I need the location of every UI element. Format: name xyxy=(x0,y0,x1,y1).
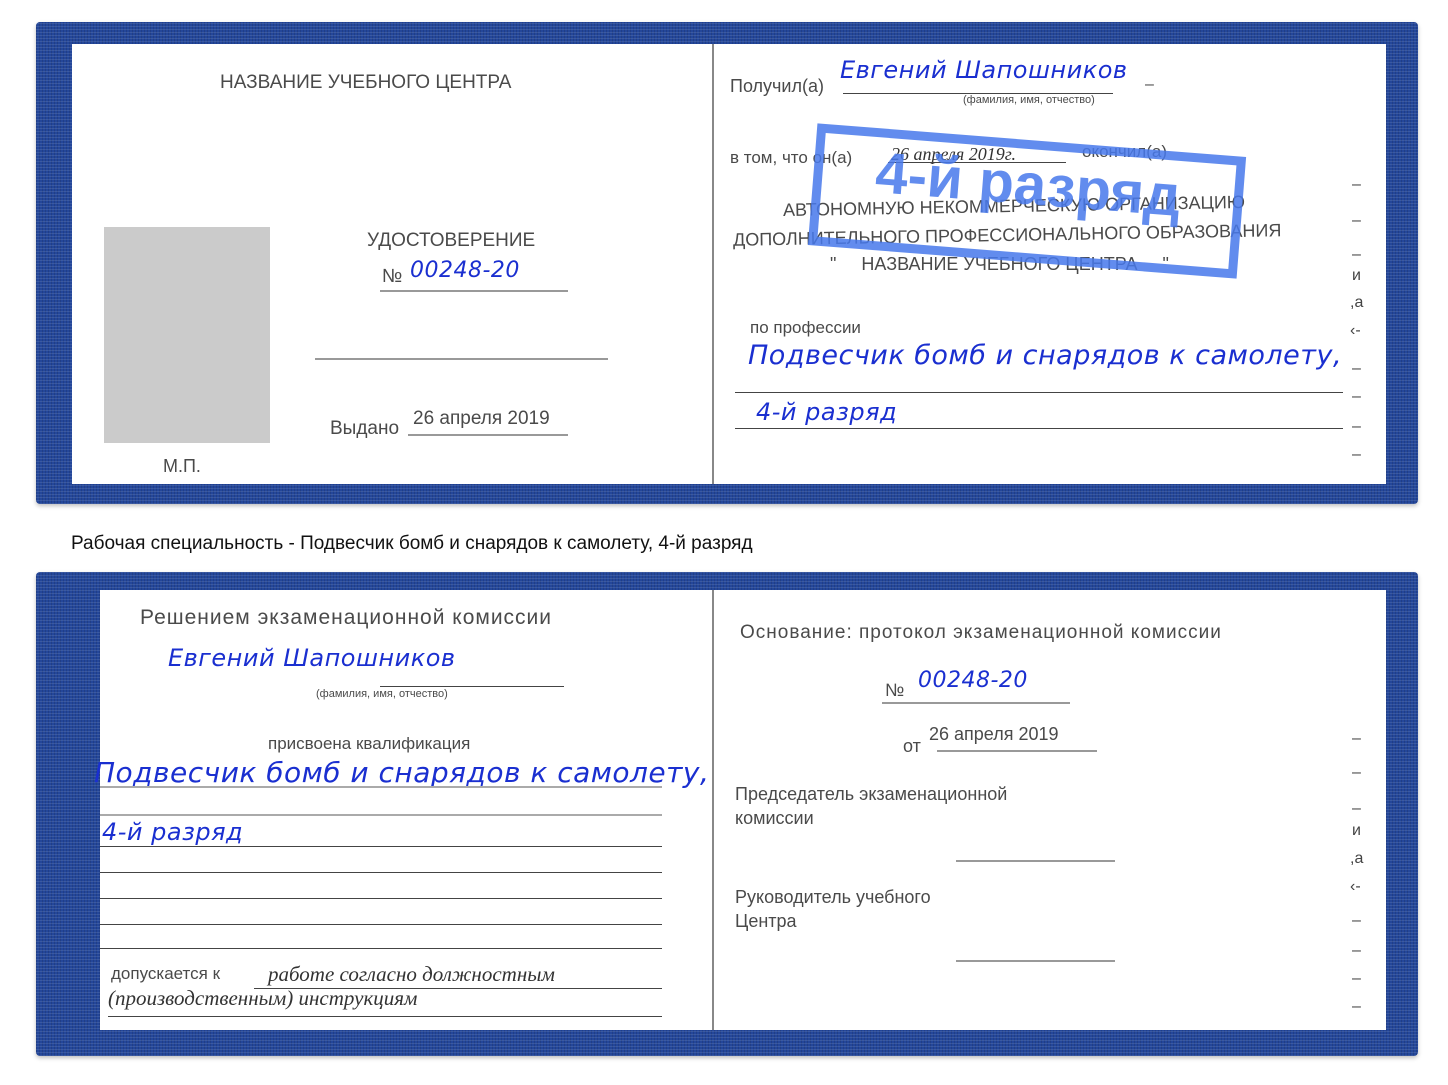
head-label-2: Центра xyxy=(735,911,797,932)
qualification-underline-1 xyxy=(100,786,662,788)
qualification-label: присвоена квалификация xyxy=(268,734,470,754)
name-hint: (фамилия, имя, отчество) xyxy=(963,94,1095,106)
margin-mark: ‹- xyxy=(1350,322,1361,340)
qualification-line-1: Подвесчик бомб и снарядов к самолету, xyxy=(94,756,709,789)
page-fold xyxy=(712,44,714,484)
qualification-line-2: 4-й разряд xyxy=(102,818,243,846)
head-label-1: Руководитель учебного xyxy=(735,887,931,908)
name-hint: (фамилия, имя, отчество) xyxy=(316,688,448,700)
blank-line xyxy=(315,358,608,360)
margin-mark: ,а xyxy=(1350,850,1363,868)
chairman-label-2: комиссии xyxy=(735,808,814,829)
margin-mark: – xyxy=(1352,912,1361,930)
margin-mark: – xyxy=(1352,360,1361,378)
margin-mark: – xyxy=(1352,942,1361,960)
dash: – xyxy=(1145,76,1154,94)
margin-mark: – xyxy=(1352,800,1361,818)
recipient-name: Евгений Шапошников xyxy=(840,56,1128,84)
margin-mark: – xyxy=(1352,246,1361,264)
margin-mark: – xyxy=(1352,418,1361,436)
date-underline xyxy=(937,750,1097,752)
photo-placeholder xyxy=(104,227,270,443)
margin-mark: – xyxy=(1352,388,1361,406)
profession-underline-1 xyxy=(735,392,1343,393)
blank-line xyxy=(100,872,662,873)
profession-underline-2 xyxy=(735,428,1343,429)
qualification-underline-2 xyxy=(100,814,662,816)
blank-line xyxy=(100,924,662,925)
issued-label: Выдано xyxy=(330,418,399,440)
admitted-line-2: (производственным) инструкциям xyxy=(108,986,417,1011)
certificate-number: 00248-20 xyxy=(410,258,520,283)
protocol-date: 26 апреля 2019 xyxy=(929,724,1059,745)
received-label: Получил(а) xyxy=(730,76,824,97)
margin-mark: ‹- xyxy=(1350,878,1361,896)
blank-line xyxy=(100,846,662,847)
recipient-underline xyxy=(380,686,564,687)
recipient-name: Евгений Шапошников xyxy=(168,644,456,672)
org-name: НАЗВАНИЕ УЧЕБНОГО ЦЕНТРА xyxy=(220,72,512,94)
margin-mark: – xyxy=(1352,446,1361,464)
admitted-underline-2 xyxy=(108,1016,662,1017)
issued-underline xyxy=(408,434,568,436)
number-underline xyxy=(380,290,568,292)
margin-mark: и xyxy=(1352,822,1361,840)
admitted-line-1: работе согласно должностным xyxy=(268,962,555,987)
chairman-label-1: Председатель экзаменационной xyxy=(735,784,1007,805)
blank-line xyxy=(100,948,662,949)
profession-line-2: 4-й разряд xyxy=(756,398,897,426)
number-underline xyxy=(882,702,1070,704)
issued-date: 26 апреля 2019 xyxy=(413,408,550,430)
qualification-right-page xyxy=(714,590,1386,1030)
margin-mark: – xyxy=(1352,730,1361,748)
margin-mark: – xyxy=(1352,970,1361,988)
margin-mark: – xyxy=(1352,176,1361,194)
margin-mark: – xyxy=(1352,998,1361,1016)
doc-title: УДОСТОВЕРЕНИЕ xyxy=(367,230,535,252)
chairman-signature-line xyxy=(956,860,1115,862)
date-label: от xyxy=(903,736,921,757)
margin-mark: – xyxy=(1352,764,1361,782)
admitted-label: допускается к xyxy=(111,964,220,984)
profession-line-1: Подвесчик бомб и снарядов к самолету, xyxy=(748,340,1342,371)
decision-label: Решением экзаменационной комиссии xyxy=(140,606,552,630)
blank-line xyxy=(100,898,662,899)
margin-mark: ,а xyxy=(1350,294,1363,312)
protocol-number: 00248-20 xyxy=(918,668,1028,693)
page-caption: Рабочая специальность - Подвесчик бомб и… xyxy=(71,533,753,555)
margin-mark: и xyxy=(1352,267,1361,285)
basis-label: Основание: протокол экзаменационной коми… xyxy=(740,622,1222,644)
margin-mark: – xyxy=(1352,212,1361,230)
stamp-place: М.П. xyxy=(163,456,201,477)
page-fold xyxy=(712,590,714,1030)
profession-label: по профессии xyxy=(750,318,861,338)
number-label: № xyxy=(382,266,402,288)
number-label: № xyxy=(885,680,904,701)
head-signature-line xyxy=(956,960,1115,962)
